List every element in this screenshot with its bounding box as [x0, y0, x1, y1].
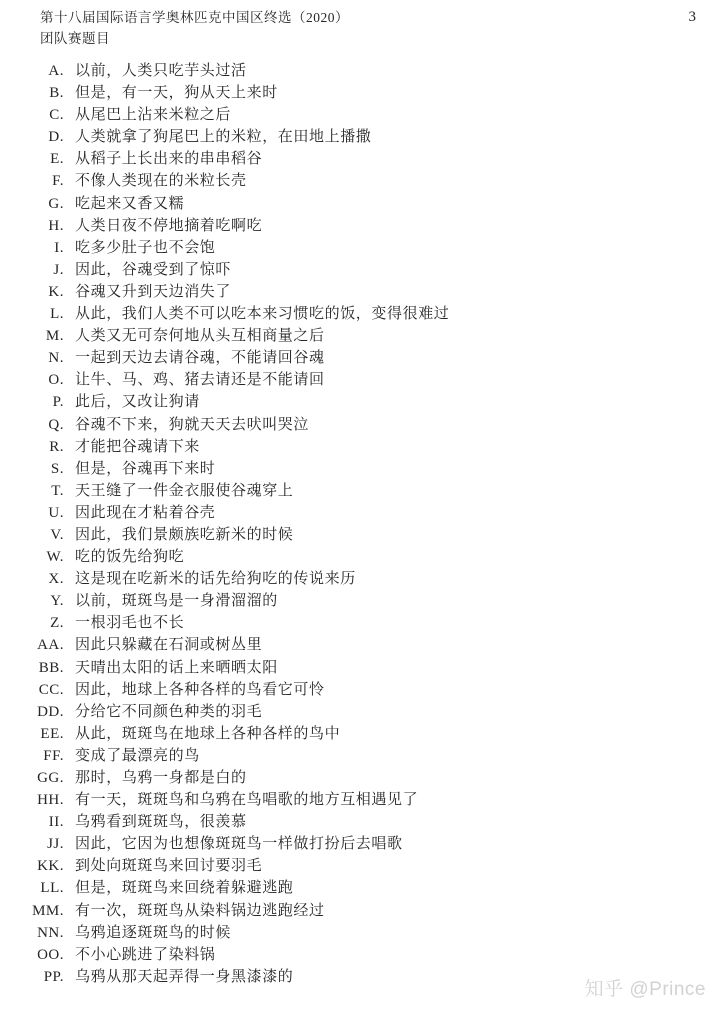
item-text: 一起到天边去请谷魂，不能请回谷魂 — [75, 347, 325, 369]
header-title: 第十八届国际语言学奥林匹克中国区终选（2020） — [40, 7, 349, 28]
header-title-block: 第十八届国际语言学奥林匹克中国区终选（2020） 团队赛题目 — [40, 7, 349, 49]
item-label: E. — [0, 148, 64, 170]
item-label: G. — [0, 193, 64, 215]
item-text: 这是现在吃新米的话先给狗吃的传说来历 — [75, 568, 356, 590]
page-header: 第十八届国际语言学奥林匹克中国区终选（2020） 团队赛题目 3 — [40, 7, 696, 49]
item-label: Z. — [0, 612, 64, 634]
item-text: 从此，斑斑鸟在地球上各种各样的鸟中 — [75, 723, 340, 745]
item-label: R. — [0, 436, 64, 458]
item-text: 因此现在才粘着谷壳 — [75, 502, 215, 524]
item-text: 让牛、马、鸡、猪去请还是不能请回 — [75, 369, 325, 391]
item-text: 从尾巴上沾来米粒之后 — [75, 104, 231, 126]
item-text: 但是，斑斑鸟来回绕着躲避逃跑 — [75, 877, 293, 899]
item-label: H. — [0, 215, 64, 237]
page-number: 3 — [689, 7, 697, 28]
item-label: Y. — [0, 590, 64, 612]
item-label: CC. — [0, 679, 64, 701]
item-label: DD. — [0, 701, 64, 723]
list-item: V. 因此，我们景颇族吃新米的时候 — [0, 524, 720, 546]
watermark: 知乎 @Prince — [585, 974, 706, 1001]
list-item: NN. 乌鸦追逐斑斑鸟的时候 — [0, 922, 720, 944]
item-text: 不小心跳进了染料锅 — [75, 944, 215, 966]
list-item: L. 从此，我们人类不可以吃本来习惯吃的饭，变得很难过 — [0, 303, 720, 325]
item-text: 人类日夜不停地摘着吃啊吃 — [75, 215, 262, 237]
item-text: 有一天，斑斑鸟和乌鸦在鸟唱歌的地方互相遇见了 — [75, 789, 418, 811]
item-label: D. — [0, 126, 64, 148]
item-label: T. — [0, 480, 64, 502]
list-item: OO. 不小心跳进了染料锅 — [0, 944, 720, 966]
item-label: HH. — [0, 789, 64, 811]
item-label: N. — [0, 347, 64, 369]
item-text: 吃的饭先给狗吃 — [75, 546, 184, 568]
list-item: S. 但是，谷魂再下来时 — [0, 458, 720, 480]
item-label: B. — [0, 82, 64, 104]
item-text: 吃起来又香又糯 — [75, 193, 184, 215]
list-item: BB. 天晴出太阳的话上来晒晒太阳 — [0, 657, 720, 679]
list-item: F. 不像人类现在的米粒长壳 — [0, 170, 720, 192]
item-text: 因此，谷魂受到了惊吓 — [75, 259, 231, 281]
item-text: 一根羽毛也不长 — [75, 612, 184, 634]
statement-list: A. 以前，人类只吃芋头过活 B. 但是，有一天，狗从天上来时 C. 从尾巴上沾… — [0, 60, 720, 988]
item-label: OO. — [0, 944, 64, 966]
list-item: HH. 有一天，斑斑鸟和乌鸦在鸟唱歌的地方互相遇见了 — [0, 789, 720, 811]
list-item: I. 吃多少肚子也不会饱 — [0, 237, 720, 259]
list-item: II. 乌鸦看到斑斑鸟，很羡慕 — [0, 811, 720, 833]
item-label: MM. — [0, 900, 64, 922]
item-label: F. — [0, 170, 64, 192]
item-label: J. — [0, 259, 64, 281]
list-item: JJ. 因此，它因为也想像斑斑鸟一样做打扮后去唱歌 — [0, 833, 720, 855]
item-text: 乌鸦从那天起弄得一身黑漆漆的 — [75, 966, 293, 988]
item-label: PP. — [0, 966, 64, 988]
item-label: BB. — [0, 657, 64, 679]
item-text: 人类就拿了狗尾巴上的米粒，在田地上播撒 — [75, 126, 371, 148]
list-item: H. 人类日夜不停地摘着吃啊吃 — [0, 215, 720, 237]
item-label: II. — [0, 811, 64, 833]
item-label: P. — [0, 391, 64, 413]
item-text: 从稻子上长出来的串串稻谷 — [75, 148, 262, 170]
item-text: 才能把谷魂请下来 — [75, 436, 200, 458]
list-item: Q. 谷魂不下来，狗就天天去吠叫哭泣 — [0, 414, 720, 436]
item-text: 不像人类现在的米粒长壳 — [75, 170, 247, 192]
item-label: V. — [0, 524, 64, 546]
list-item: AA. 因此只躲藏在石洞或树丛里 — [0, 634, 720, 656]
list-item: KK. 到处向斑斑鸟来回讨要羽毛 — [0, 855, 720, 877]
item-label: K. — [0, 281, 64, 303]
item-text: 从此，我们人类不可以吃本来习惯吃的饭，变得很难过 — [75, 303, 449, 325]
list-item: CC. 因此，地球上各种各样的鸟看它可怜 — [0, 679, 720, 701]
header-subtitle: 团队赛题目 — [40, 28, 349, 49]
list-item: O. 让牛、马、鸡、猪去请还是不能请回 — [0, 369, 720, 391]
item-text: 变成了最漂亮的鸟 — [75, 745, 200, 767]
item-text: 以前，人类只吃芋头过活 — [75, 60, 247, 82]
item-label: A. — [0, 60, 64, 82]
item-label: EE. — [0, 723, 64, 745]
list-item: W. 吃的饭先给狗吃 — [0, 546, 720, 568]
list-item: M. 人类又无可奈何地从头互相商量之后 — [0, 325, 720, 347]
list-item: FF. 变成了最漂亮的鸟 — [0, 745, 720, 767]
item-label: M. — [0, 325, 64, 347]
list-item: R. 才能把谷魂请下来 — [0, 436, 720, 458]
list-item: X. 这是现在吃新米的话先给狗吃的传说来历 — [0, 568, 720, 590]
item-label: S. — [0, 458, 64, 480]
item-text: 因此，它因为也想像斑斑鸟一样做打扮后去唱歌 — [75, 833, 403, 855]
list-item: Z. 一根羽毛也不长 — [0, 612, 720, 634]
list-item: GG. 那时，乌鸦一身都是白的 — [0, 767, 720, 789]
list-item: DD. 分给它不同颜色种类的羽毛 — [0, 701, 720, 723]
list-item: B. 但是，有一天，狗从天上来时 — [0, 82, 720, 104]
item-text: 有一次，斑斑鸟从染料锅边逃跑经过 — [75, 900, 325, 922]
item-text: 因此，我们景颇族吃新米的时候 — [75, 524, 293, 546]
list-item: P. 此后，又改让狗请 — [0, 391, 720, 413]
item-label: GG. — [0, 767, 64, 789]
item-label: W. — [0, 546, 64, 568]
list-item: LL. 但是，斑斑鸟来回绕着躲避逃跑 — [0, 877, 720, 899]
item-text: 但是，有一天，狗从天上来时 — [75, 82, 278, 104]
document-page: 第十八届国际语言学奥林匹克中国区终选（2020） 团队赛题目 3 A. 以前，人… — [0, 0, 720, 1013]
item-text: 乌鸦追逐斑斑鸟的时候 — [75, 922, 231, 944]
item-label: L. — [0, 303, 64, 325]
list-item: E. 从稻子上长出来的串串稻谷 — [0, 148, 720, 170]
item-label: LL. — [0, 877, 64, 899]
item-text: 分给它不同颜色种类的羽毛 — [75, 701, 262, 723]
item-text: 乌鸦看到斑斑鸟，很羡慕 — [75, 811, 247, 833]
list-item: J. 因此，谷魂受到了惊吓 — [0, 259, 720, 281]
list-item: K. 谷魂又升到天边消失了 — [0, 281, 720, 303]
item-text: 以前，斑斑鸟是一身滑溜溜的 — [75, 590, 278, 612]
item-text: 到处向斑斑鸟来回讨要羽毛 — [75, 855, 262, 877]
item-text: 因此，地球上各种各样的鸟看它可怜 — [75, 679, 325, 701]
item-label: U. — [0, 502, 64, 524]
item-label: C. — [0, 104, 64, 126]
list-item: A. 以前，人类只吃芋头过活 — [0, 60, 720, 82]
item-text: 因此只躲藏在石洞或树丛里 — [75, 634, 262, 656]
item-text: 天王缝了一件金衣服使谷魂穿上 — [75, 480, 293, 502]
item-label: I. — [0, 237, 64, 259]
item-label: JJ. — [0, 833, 64, 855]
item-text: 此后，又改让狗请 — [75, 391, 200, 413]
list-item: MM. 有一次，斑斑鸟从染料锅边逃跑经过 — [0, 900, 720, 922]
item-text: 人类又无可奈何地从头互相商量之后 — [75, 325, 325, 347]
list-item: N. 一起到天边去请谷魂，不能请回谷魂 — [0, 347, 720, 369]
list-item: U. 因此现在才粘着谷壳 — [0, 502, 720, 524]
item-text: 天晴出太阳的话上来晒晒太阳 — [75, 657, 278, 679]
item-label: X. — [0, 568, 64, 590]
list-item: EE. 从此，斑斑鸟在地球上各种各样的鸟中 — [0, 723, 720, 745]
list-item: Y. 以前，斑斑鸟是一身滑溜溜的 — [0, 590, 720, 612]
list-item: T. 天王缝了一件金衣服使谷魂穿上 — [0, 480, 720, 502]
list-item: G. 吃起来又香又糯 — [0, 193, 720, 215]
item-label: AA. — [0, 634, 64, 656]
item-text: 但是，谷魂再下来时 — [75, 458, 215, 480]
item-label: Q. — [0, 414, 64, 436]
item-label: KK. — [0, 855, 64, 877]
item-text: 谷魂又升到天边消失了 — [75, 281, 231, 303]
item-label: NN. — [0, 922, 64, 944]
item-text: 吃多少肚子也不会饱 — [75, 237, 215, 259]
item-label: FF. — [0, 745, 64, 767]
list-item: C. 从尾巴上沾来米粒之后 — [0, 104, 720, 126]
item-text: 那时，乌鸦一身都是白的 — [75, 767, 247, 789]
list-item: D. 人类就拿了狗尾巴上的米粒，在田地上播撒 — [0, 126, 720, 148]
item-text: 谷魂不下来，狗就天天去吠叫哭泣 — [75, 414, 309, 436]
item-label: O. — [0, 369, 64, 391]
